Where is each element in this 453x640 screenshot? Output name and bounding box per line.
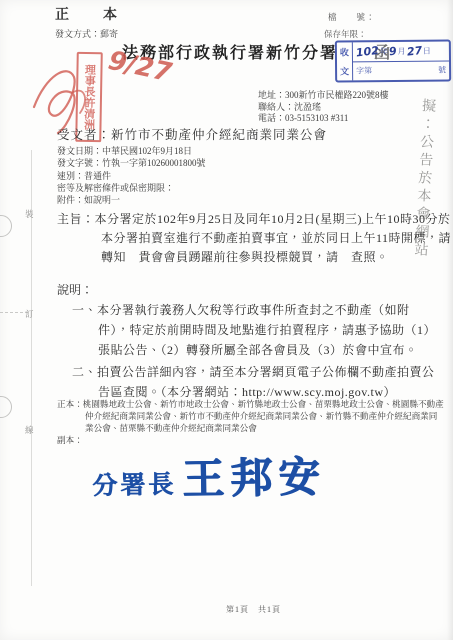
issue-number: 發文字號：竹執一字第10260001800號 [57,157,206,169]
binding-mark-zhuang: 裝 [25,208,34,220]
receive-number-suffix: 號 [438,65,446,76]
page-number: 第1頁 共1頁 [226,604,281,615]
explanation-heading: 說明： [57,281,93,298]
pencil-margin-note: 擬：公告於本會網站 [407,98,438,309]
original-recipients-list: 正本：桃園縣地政士公會、新竹市地政士公會、新竹縣地政士公會、苗栗縣地政士公會、桃… [57,399,445,434]
delivery-method: 發文方式：郵寄 [55,27,118,40]
receive-stamp-column: 收 文 [337,42,353,80]
receive-number-prefix: 字第 [356,65,372,76]
receive-year-handwritten: 102 [355,44,379,60]
fold-crease-dash [0,312,28,313]
retention-period-label: 保存年限： [324,28,367,40]
speed-class: 速別：普通件 [57,170,206,182]
sender-contact-block: 地址：300新竹市民權路220號8樓 聯絡人：沈盈瑤 電話：03-5153103… [258,90,389,125]
director-title: 分署長 [92,465,177,508]
receive-stamp-wen: 文 [340,64,349,77]
director-signature: 分署長 王邦安 [91,444,326,508]
receive-date-stamp: 收 文 102 年 9 月 27 日 字第 號 [335,39,451,82]
director-name: 王邦安 [181,444,326,507]
copy-type-label: 正 本 [55,4,127,24]
security-class: 密等及解密條件或保密期限： [57,182,206,194]
recipient-line: 受文者：新竹市不動產仲介經紀商業同業公會 [57,125,327,143]
punch-hole-mark [0,215,12,237]
binding-mark-xian: 線 [25,424,34,436]
binding-mark-ding: 訂 [25,308,34,320]
document-meta-block: 發文日期：中華民國102年9月18日 發文字號：竹執一字第10260001800… [57,145,206,206]
punch-hole-mark [0,396,12,418]
copy-recipients-label: 副本： [57,434,83,446]
attachment-note: 附件：如說明一 [57,194,206,206]
receive-stamp-body: 102 年 9 月 27 日 字第 號 [353,42,449,81]
sender-contact-person: 聯絡人：沈盈瑤 [258,102,389,114]
official-letter-scan: 裝 訂 線 正 本 發文方式：郵寄 檔 號： 保存年限： 法務部行政執行署新竹分… [0,0,453,640]
receive-stamp-date-row: 102 年 9 月 27 日 [353,42,449,62]
day-label: 日 [423,45,431,56]
explanation-item-1: 一、本分署執行義務人欠稅等行政事件所查封之不動產（如附件），特定於前開時間及地點… [72,300,438,360]
month-label: 月 [397,46,405,57]
receive-stamp-shou: 收 [340,45,349,58]
sender-phone: 電話：03-5153103 #311 [258,113,389,125]
year-label: 年 [380,46,388,57]
receive-stamp-number-row: 字第 號 [353,61,449,80]
receive-month-handwritten: 9 [388,44,397,58]
scan-edge-shade [447,0,453,640]
sender-address: 地址：300新竹市民權路220號8樓 [258,90,389,102]
receive-day-handwritten: 27 [406,44,423,59]
subject-paragraph: 主旨：本分署定於102年9月25日及同年10月2日(星期三)上午10時30分於本… [57,210,453,267]
file-number-label: 檔 號： [328,11,376,23]
explanation-item-2: 二、拍賣公告詳細內容，請至本分署網頁電子公佈欄不動產拍賣公告區查閱。（本分署網站… [72,362,438,402]
issue-date: 發文日期：中華民國102年9月18日 [57,145,206,157]
